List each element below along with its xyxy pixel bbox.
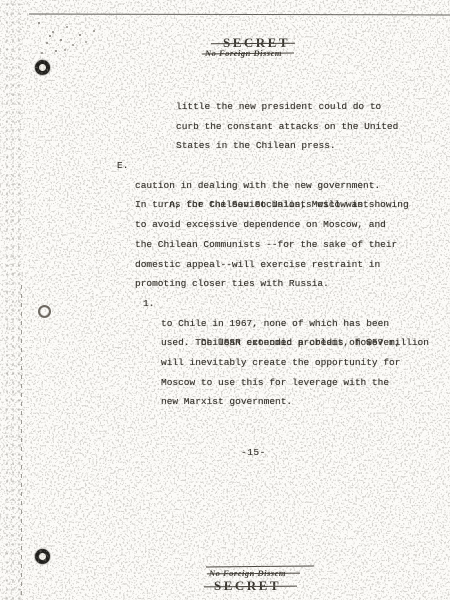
header-caveat: No Foreign Dissem <box>205 48 282 58</box>
footer-classification-text: SECRET <box>214 578 281 594</box>
text-line: domestic appeal--will exercise restraint… <box>0 255 450 275</box>
text-line: caution in dealing with the new governme… <box>0 176 450 196</box>
document-body: little the new president could do to cur… <box>0 97 450 412</box>
text-line: States in the Chilean press. <box>0 136 450 156</box>
header-caveat-text: No Foreign Dissem <box>205 48 282 58</box>
text-line: little the new president could do to <box>0 97 450 117</box>
text-line: Moscow to use this for leverage with the <box>0 373 450 393</box>
text-line: to avoid excessive dependence on Moscow,… <box>0 215 450 235</box>
text-line: promoting closer ties with Russia. <box>0 274 450 294</box>
text-line: used. Chilean economic problems, however… <box>0 333 450 353</box>
text-line: new Marxist government. <box>0 392 450 412</box>
paper-edge-line <box>29 14 450 16</box>
footer-classification: SECRET <box>214 578 281 594</box>
footer-caveat-text: No Foreign Dissem <box>209 568 286 578</box>
list-label-e: E. <box>117 156 128 176</box>
page-number: -15- <box>241 447 266 458</box>
list-label-1: 1. <box>143 294 154 314</box>
text-line: the Chilean Communists --for the sake of… <box>0 235 450 255</box>
text-line: will inevitably create the opportunity f… <box>0 353 450 373</box>
text-line: curb the constant attacks on the United <box>0 117 450 137</box>
footer-caveat: No Foreign Dissem <box>209 568 286 578</box>
ink-speckle-cluster <box>38 22 40 24</box>
hole-punch-top <box>35 60 50 75</box>
text-line: 1. The USSR extended a credit of $57 mil… <box>0 294 450 314</box>
scanned-document-page: SECRET No Foreign Dissem little the new … <box>0 0 450 600</box>
text-line: In turn, the Chilean Socialists will wan… <box>0 195 450 215</box>
text-line: E. As for the Soviet Union, Moscow is sh… <box>0 156 450 176</box>
text-line: to Chile in 1967, none of which has been <box>0 314 450 334</box>
hole-punch-bottom <box>35 549 50 564</box>
